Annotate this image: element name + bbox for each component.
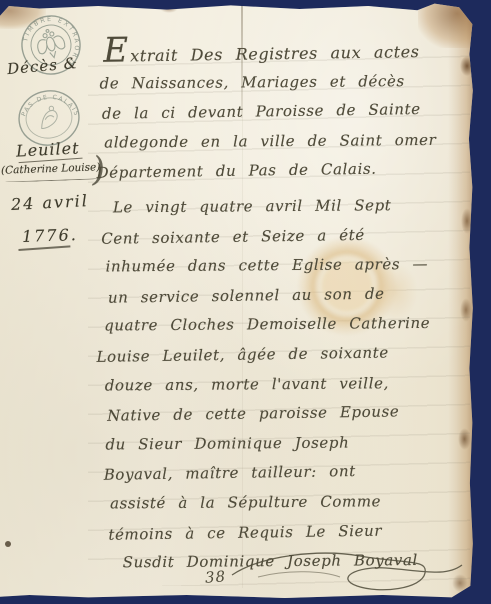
manuscript-line: Native de cette paroisse Epouse [107,396,477,431]
manuscript-line: Extrait Des Registres aux actes [103,35,473,70]
photo-background: TIMBRE EXTRAORD Décès & PAS DE CALAIS [0,0,491,604]
margin-note-firstnames: (Catherine Louise) [1,161,101,176]
manuscript-line: assisté à la Sépulture Comme [110,486,478,518]
manuscript-line: Boyaval, maître tailleur: ont [104,456,478,491]
manuscript-line: un service solennel au son de [108,278,476,313]
manuscript-line: Le vingt quatre avril Mil Sept [113,191,475,223]
margin-note-deces: Décès & [6,54,78,78]
signature-flourish-icon [228,547,466,599]
margin-note-surname: Leuilet [16,138,80,160]
manuscript-paper: TIMBRE EXTRAORD Décès & PAS DE CALAIS [0,0,491,604]
manuscript-line: inhumée dans cette Eglise après — [105,250,475,282]
manuscript-line: Louise Leuilet, âgée de soixante [96,337,476,372]
manuscript-line: douze ans, morte l'avant veille, [105,368,477,401]
manuscript-line: quatre Cloches Demoiselle Catherine [104,309,476,342]
ink-speck [5,541,11,547]
allegorical-figure-icon [38,105,59,128]
manuscript-line: de la ci devant Paroisse de Sainte [102,94,474,129]
manuscript-line: aldegonde en la ville de Saint omer [104,125,474,157]
margin-note-date-year: 1776. [22,225,78,246]
manuscript-line: du Sieur Dominique Joseph [105,427,477,460]
manuscript-line: Département du Pas de Calais. [96,154,474,189]
scorch-spot-top [160,4,178,13]
page-number: 38 [204,567,226,586]
manuscript-text: Extrait Des Registres aux actes de Naiss… [101,36,479,579]
manuscript-line: Cent soixante et Seize a été [101,219,475,254]
margin-note-date-day: 24 avril [11,191,90,214]
manuscript-line: de Naissances, Mariages et décès [100,66,474,99]
manuscript-line: témoins à ce Requis Le Sieur [108,515,478,550]
